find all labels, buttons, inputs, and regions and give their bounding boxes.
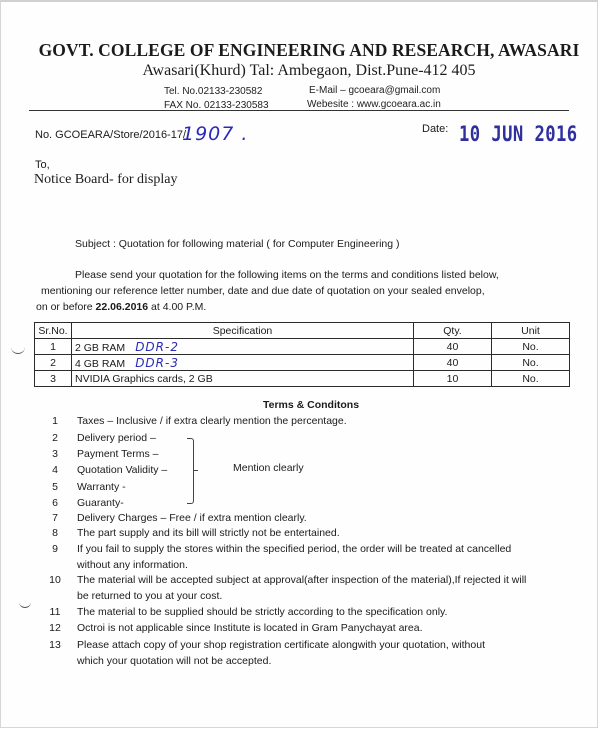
spec-handwritten-note: DDR-3	[135, 356, 179, 370]
cell-qty: 10	[414, 371, 492, 387]
mention-clearly-note: Mention clearly	[233, 462, 304, 474]
header-specification: Specification	[72, 323, 414, 339]
term-text: Taxes – Inclusive / if extra clearly men…	[77, 415, 347, 427]
institution-address: Awasari(Khurd) Tal: Ambegaon, Dist.Pune-…	[1, 62, 600, 80]
term-text: Delivery Charges – Free / if extra menti…	[77, 512, 307, 524]
term-text: be returned to you at your cost.	[77, 590, 222, 602]
term-number: 4	[45, 464, 65, 476]
date-stamp: 10 JUN 2016	[459, 122, 578, 146]
email-address: E-Mail – gcoeara@gmail.com	[309, 85, 440, 96]
term-text: Payment Terms –	[77, 448, 159, 460]
term-text: Quotation Validity –	[77, 464, 167, 476]
cell-sr-no: 3	[35, 371, 72, 387]
term-text: Guaranty-	[77, 497, 124, 509]
body-line-1: Please send your quotation for the follo…	[75, 269, 499, 281]
term-text: Delivery period –	[77, 432, 156, 444]
table-header-row: Sr.No. Specification Qty. Unit	[35, 323, 570, 339]
table-row: 24 GB RAMDDR-340No.	[35, 355, 570, 371]
spec-handwritten-note: DDR-2	[135, 340, 179, 354]
terms-title: Terms & Conditons	[1, 399, 600, 411]
header-unit: Unit	[492, 323, 570, 339]
pen-mark	[19, 602, 31, 608]
term-number: 9	[45, 543, 65, 555]
body-line-3-suffix: at 4.00 P.M.	[148, 301, 206, 313]
cell-qty: 40	[414, 355, 492, 371]
spec-text: 4 GB RAM	[75, 358, 125, 370]
cell-unit: No.	[492, 339, 570, 355]
term-number: 13	[45, 639, 65, 651]
table-row: 12 GB RAMDDR-240No.	[35, 339, 570, 355]
date-label: Date:	[422, 123, 448, 135]
due-date: 22.06.2016	[96, 301, 149, 313]
term-number: 2	[45, 432, 65, 444]
bracket-tick	[193, 470, 198, 471]
recipient-to: To,	[35, 159, 50, 171]
body-line-3-prefix: on or before	[36, 301, 96, 313]
recipient-name: Notice Board- for display	[34, 172, 177, 188]
term-number: 7	[45, 512, 65, 524]
spec-text: 2 GB RAM	[75, 342, 125, 354]
cell-unit: No.	[492, 371, 570, 387]
term-text: The material to be supplied should be st…	[77, 606, 447, 618]
cell-qty: 40	[414, 339, 492, 355]
cell-sr-no: 1	[35, 339, 72, 355]
term-number: 6	[45, 497, 65, 509]
institution-name: GOVT. COLLEGE OF ENGINEERING AND RESEARC…	[1, 40, 600, 61]
website-address: Webesite : www.gcoeara.ac.in	[307, 99, 441, 110]
cell-specification: NVIDIA Graphics cards, 2 GB	[72, 371, 414, 387]
subject-line: Subject : Quotation for following materi…	[75, 238, 400, 250]
term-text: which your quotation will not be accepte…	[77, 655, 271, 667]
telephone-number: Tel. No.02133-230582	[164, 86, 262, 97]
spec-text: NVIDIA Graphics cards, 2 GB	[75, 373, 213, 385]
term-text: Warranty -	[77, 481, 126, 493]
term-number: 5	[45, 481, 65, 493]
cell-sr-no: 2	[35, 355, 72, 371]
reference-number: No. GCOEARA/Store/2016-17/	[35, 129, 186, 141]
bracket	[187, 438, 194, 504]
header-sr-no: Sr.No.	[35, 323, 72, 339]
term-number: 3	[45, 448, 65, 460]
term-number: 12	[45, 622, 65, 634]
term-text: The part supply and its bill will strict…	[77, 527, 340, 539]
pen-mark	[11, 345, 25, 354]
cell-unit: No.	[492, 355, 570, 371]
term-text: The material will be accepted subject at…	[77, 574, 526, 586]
term-number: 10	[45, 574, 65, 586]
cell-specification: 2 GB RAMDDR-2	[72, 339, 414, 355]
term-number: 8	[45, 527, 65, 539]
term-text: without any information.	[77, 559, 188, 571]
term-number: 1	[45, 415, 65, 427]
term-text: Octroi is not applicable since Institute…	[77, 622, 423, 634]
term-number: 11	[45, 606, 65, 618]
body-line-3: on or before 22.06.2016 at 4.00 P.M.	[36, 301, 206, 313]
document-page: GOVT. COLLEGE OF ENGINEERING AND RESEARC…	[0, 0, 598, 728]
handwritten-reference-number: 1907 .	[182, 123, 248, 145]
term-text: Please attach copy of your shop registra…	[77, 639, 485, 651]
items-table: Sr.No. Specification Qty. Unit 12 GB RAM…	[34, 322, 570, 387]
body-line-2: mentioning our reference letter number, …	[41, 285, 485, 297]
cell-specification: 4 GB RAMDDR-3	[72, 355, 414, 371]
table-row: 3NVIDIA Graphics cards, 2 GB10No.	[35, 371, 570, 387]
header-qty: Qty.	[414, 323, 492, 339]
term-text: If you fail to supply the stores within …	[77, 543, 511, 555]
letterhead-divider	[29, 110, 569, 111]
